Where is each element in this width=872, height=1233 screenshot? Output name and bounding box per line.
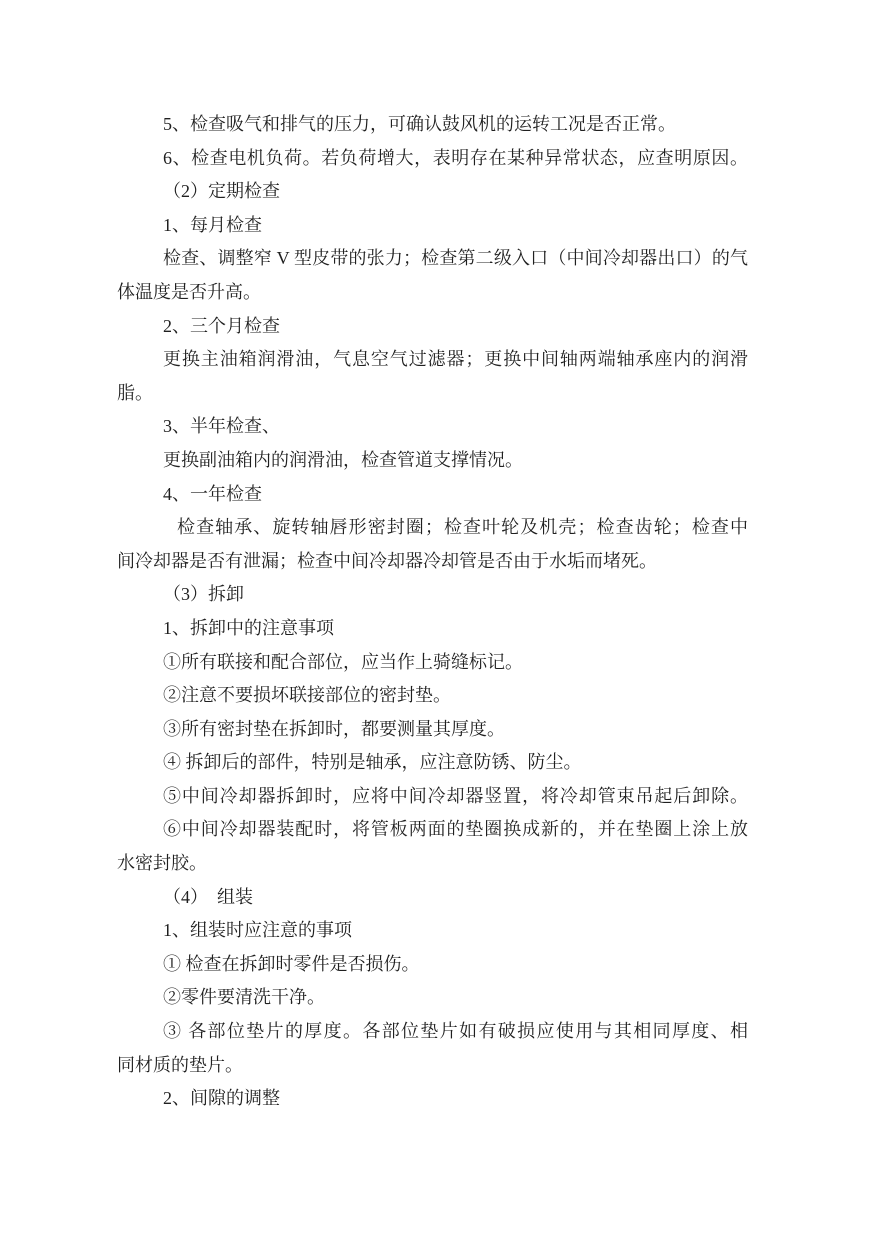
- text-line: 5、检查吸气和排气的压力，可确认鼓风机的运转工况是否正常。: [117, 108, 748, 142]
- text-line-list-item: ③所有密封垫在拆卸时，都要测量其厚度。: [117, 713, 748, 747]
- text-line-subheading: 2、间隙的调整: [117, 1082, 748, 1116]
- text-line: 间冷却器是否有泄漏；检查中间冷却器冷却管是否由于水垢而堵死。: [117, 545, 748, 579]
- text-line-section-heading: （2）定期检查: [117, 175, 748, 209]
- text-line-subheading: 1、组装时应注意的事项: [117, 914, 748, 948]
- text-line-list-item: ①所有联接和配合部位，应当作上骑缝标记。: [117, 646, 748, 680]
- text-line-subheading: 3、半年检查、: [117, 410, 748, 444]
- text-line-list-item: ③ 各部位垫片的厚度。各部位垫片如有破损应使用与其相同厚度、相: [117, 1015, 748, 1049]
- text-line-list-item: ④ 拆卸后的部件，特别是轴承，应注意防锈、防尘。: [117, 746, 748, 780]
- text-line: 检查轴承、旋转轴唇形密封圈；检查叶轮及机壳；检查齿轮；检查中: [117, 511, 748, 545]
- text-line: 更换主油箱润滑油，气息空气过滤器；更换中间轴两端轴承座内的润滑: [117, 343, 748, 377]
- text-line: 更换副油箱内的润滑油，检查管道支撑情况。: [117, 444, 748, 478]
- text-line-list-item: ① 检查在拆卸时零件是否损伤。: [117, 948, 748, 982]
- text-line: 水密封胶。: [117, 847, 748, 881]
- text-line-subheading: 2、三个月检查: [117, 310, 748, 344]
- text-line-list-item: ⑥中间冷却器装配时，将管板两面的垫圈换成新的，并在垫圈上涂上放: [117, 813, 748, 847]
- text-line-subheading: 4、一年检查: [117, 478, 748, 512]
- text-line: 检查、调整窄 V 型皮带的张力；检查第二级入口（中间冷却器出口）的气: [117, 242, 748, 276]
- text-line-list-item: ②注意不要损坏联接部位的密封垫。: [117, 679, 748, 713]
- text-line-subheading: 1、拆卸中的注意事项: [117, 612, 748, 646]
- document-page: 5、检查吸气和排气的压力，可确认鼓风机的运转工况是否正常。 6、检查电机负荷。若…: [0, 0, 872, 1233]
- text-line-list-item: ②零件要清洗干净。: [117, 981, 748, 1015]
- text-line: 6、检查电机负荷。若负荷增大，表明存在某种异常状态，应查明原因。: [117, 142, 748, 176]
- text-line-subheading: 1、每月检查: [117, 209, 748, 243]
- text-line-section-heading: （4） 组装: [117, 881, 748, 915]
- text-line: 脂。: [117, 377, 748, 411]
- text-line: 体温度是否升高。: [117, 276, 748, 310]
- text-line: 同材质的垫片。: [117, 1049, 748, 1083]
- text-line-section-heading: （3）拆卸: [117, 578, 748, 612]
- text-line-list-item: ⑤中间冷却器拆卸时，应将中间冷却器竖置，将冷却管束吊起后卸除。: [117, 780, 748, 814]
- document-body: 5、检查吸气和排气的压力，可确认鼓风机的运转工况是否正常。 6、检查电机负荷。若…: [117, 108, 748, 1116]
